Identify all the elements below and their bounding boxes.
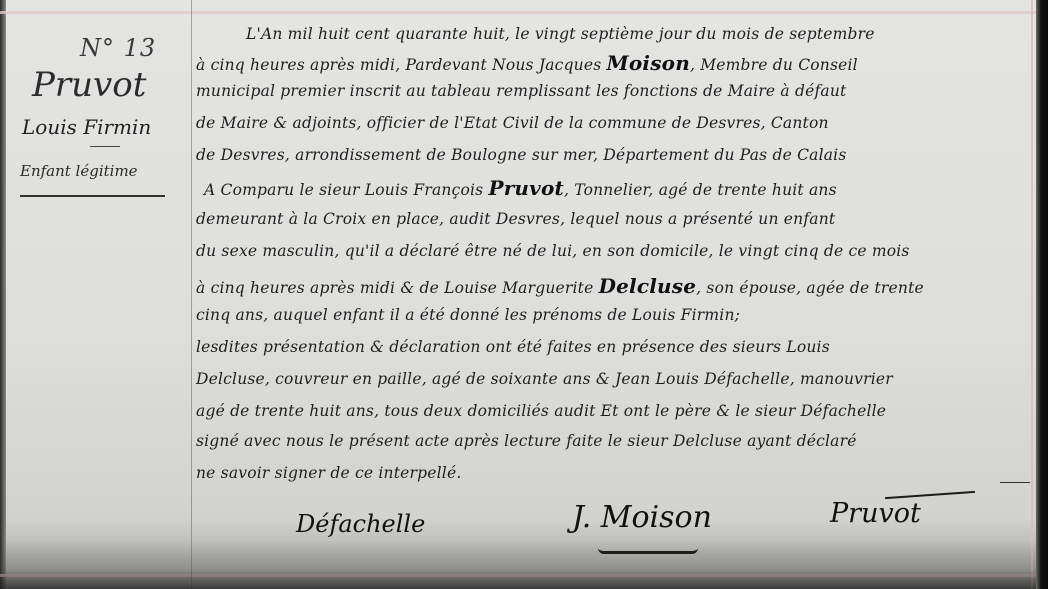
margin-annotation: N° 13 Pruvot Louis Firmin Enfant légitim…: [20, 20, 185, 220]
line-text: cinq ans, auquel enfant il a été donné l…: [196, 306, 740, 324]
line-text: du sexe masculin, qu'il a déclaré être n…: [196, 242, 910, 260]
margin-divider-line: [191, 0, 192, 589]
record-line: ne savoir signer de ce interpellé.: [196, 464, 461, 482]
line-text: lesdites présentation & déclaration ont …: [196, 338, 830, 356]
signature-father-flourish: [885, 491, 975, 499]
line-text: Delcluse, couvreur en paille, agé de soi…: [196, 370, 893, 388]
line-text-after: , Membre du Conseil: [690, 56, 858, 74]
record-line: A Comparu le sieur Louis François Pruvot…: [204, 176, 837, 200]
signature-father: Pruvot: [830, 498, 921, 529]
top-ruled-line: [0, 11, 1040, 14]
mother-surname: Delcluse: [599, 274, 697, 298]
right-ruled-line: [1031, 0, 1033, 589]
father-surname: Pruvot: [488, 176, 564, 200]
line-text: ne savoir signer de ce interpellé.: [196, 464, 461, 482]
line-text: de Maire & adjoints, officier de l'Etat …: [196, 114, 829, 132]
signature-officer: J. Moison: [572, 500, 712, 535]
line-text: à cinq heures après midi, Pardevant Nous…: [196, 56, 607, 74]
margin-given-names: Louis Firmin: [22, 115, 151, 139]
line-text: municipal premier inscrit au tableau rem…: [196, 82, 846, 100]
record-line: L'An mil huit cent quarante huit, le vin…: [246, 20, 875, 44]
line-text: A Comparu le sieur Louis François: [204, 181, 488, 199]
line-text: demeurant à la Croix en place, audit Des…: [196, 210, 835, 228]
record-line: municipal premier inscrit au tableau rem…: [196, 82, 846, 100]
record-line: agé de trente huit ans, tous deux domici…: [196, 402, 886, 420]
margin-separator: [90, 146, 120, 147]
line-text-after: , son épouse, agée de trente: [696, 279, 924, 297]
record-line: lesdites présentation & déclaration ont …: [196, 338, 830, 356]
record-line: cinq ans, auquel enfant il a été donné l…: [196, 306, 740, 324]
record-line: de Maire & adjoints, officier de l'Etat …: [196, 114, 829, 132]
record-line: signé avec nous le présent acte après le…: [196, 432, 857, 450]
line-text-after: , Tonnelier, agé de trente huit ans: [564, 181, 837, 199]
record-line: du sexe masculin, qu'il a déclaré être n…: [196, 242, 910, 260]
signature-witness: Défachelle: [296, 510, 425, 538]
page-binding-edge: [0, 0, 6, 589]
line-text: agé de trente huit ans, tous deux domici…: [196, 402, 886, 420]
record-line: Delcluse, couvreur en paille, agé de soi…: [196, 370, 893, 388]
record-line: à cinq heures après midi, Pardevant Nous…: [196, 51, 858, 75]
line-text: de Desvres, arrondissement de Boulogne s…: [196, 146, 847, 164]
margin-legitimacy-status: Enfant légitime: [20, 162, 138, 180]
margin-surname: Pruvot: [32, 65, 146, 105]
register-page: N° 13 Pruvot Louis Firmin Enfant légitim…: [0, 0, 1048, 589]
line-text: signé avec nous le présent acte après le…: [196, 432, 857, 450]
line-end-dash: [1000, 482, 1030, 483]
record-line: demeurant à la Croix en place, audit Des…: [196, 210, 835, 228]
line-text: à cinq heures après midi & de Louise Mar…: [196, 279, 599, 297]
line-text: L'An mil huit cent quarante huit, le vin…: [246, 25, 875, 43]
record-line: de Desvres, arrondissement de Boulogne s…: [196, 146, 847, 164]
record-line: à cinq heures après midi & de Louise Mar…: [196, 274, 924, 298]
page-right-edge: [1036, 0, 1048, 589]
margin-underline: [20, 195, 165, 197]
entry-number: N° 13: [80, 34, 156, 62]
scan-bottom-shadow: [0, 540, 1048, 589]
officer-name: Moison: [607, 51, 690, 75]
